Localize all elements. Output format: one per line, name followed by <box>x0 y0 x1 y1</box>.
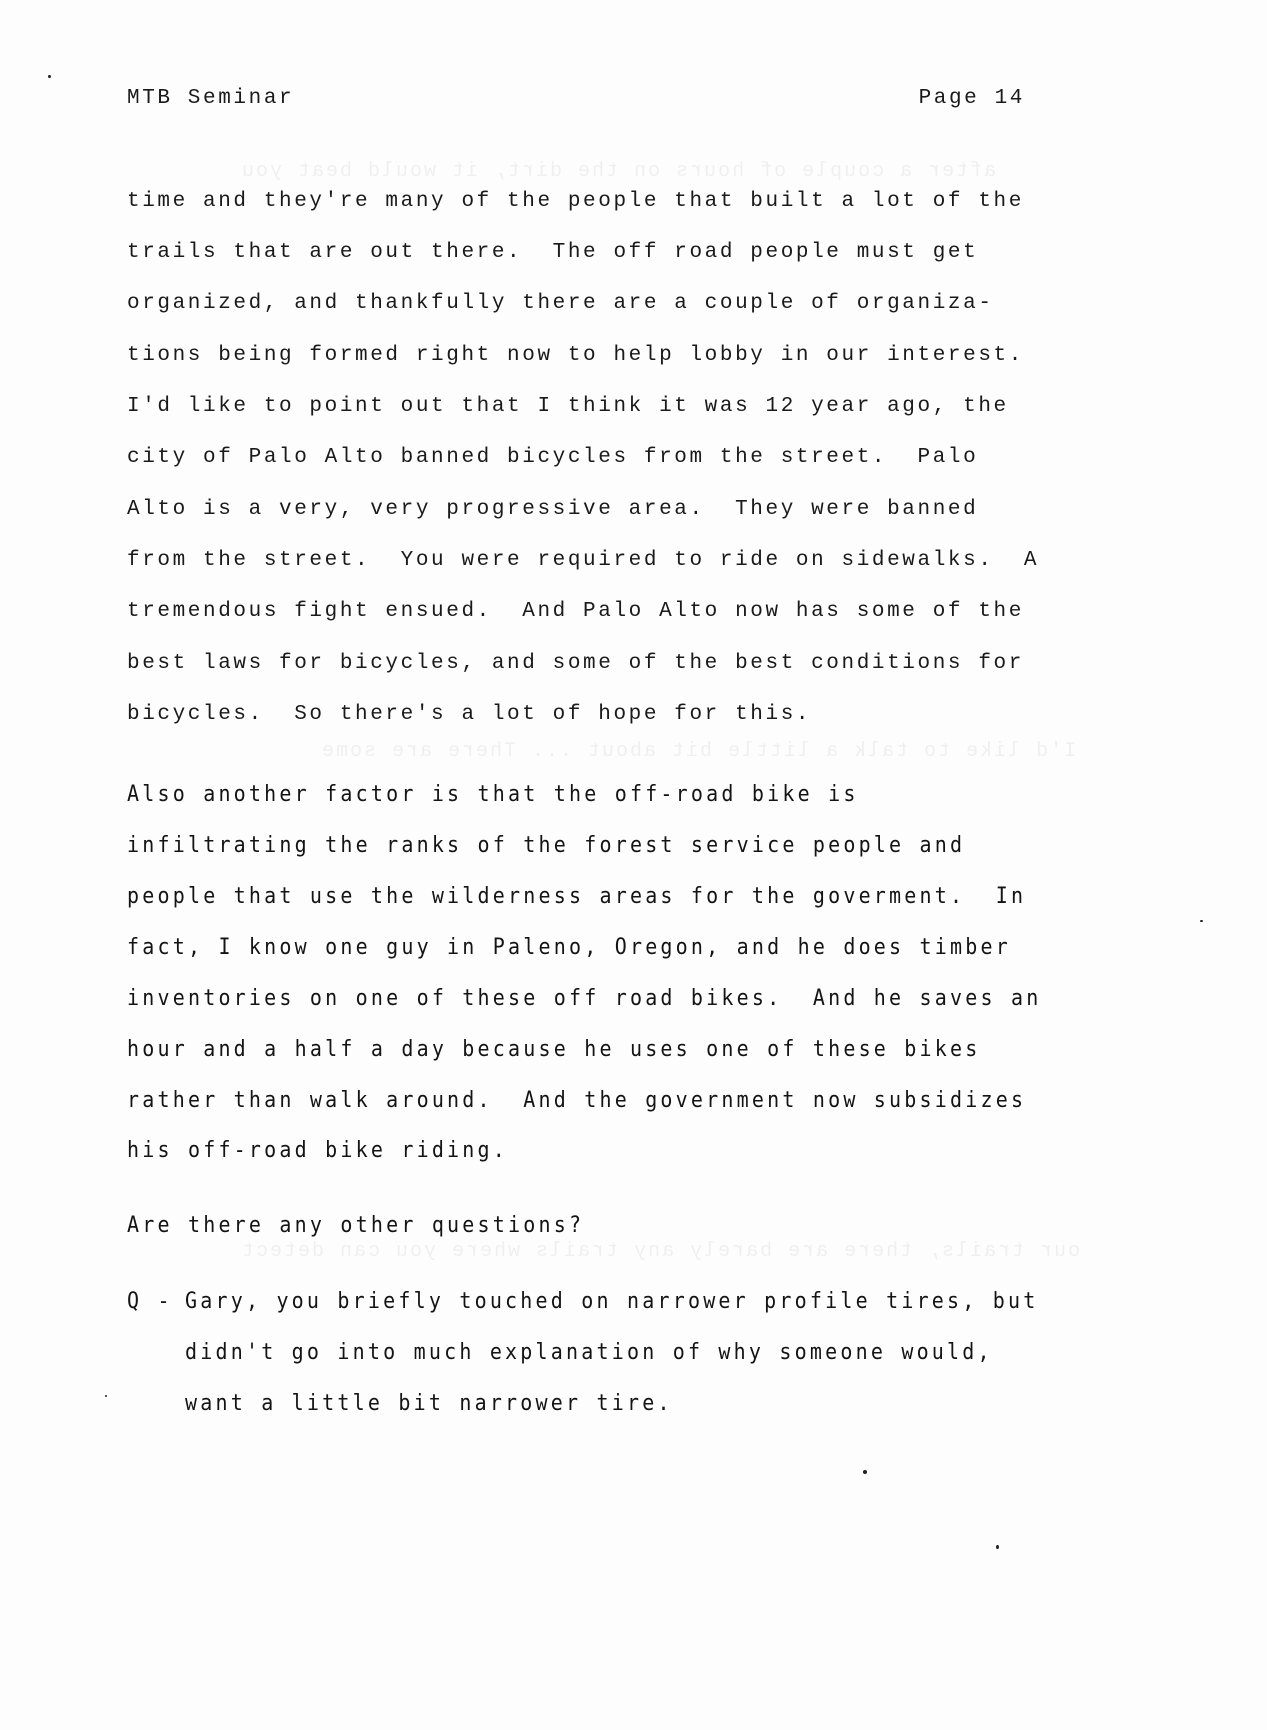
text-line: Alto is a very, very progressive area. T… <box>127 498 978 522</box>
text-line: hour and a half a day because he uses on… <box>127 1035 981 1062</box>
text-line: bicycles. So there's a lot of hope for t… <box>127 703 811 727</box>
question-prompt: Are there any other questions? <box>127 1211 584 1238</box>
header-title: MTB Seminar <box>127 87 294 111</box>
text-line: inventories on one of these off road bik… <box>127 984 1041 1011</box>
text-line: trails that are out there. The off road … <box>127 241 978 265</box>
scan-speck <box>1200 920 1203 922</box>
text-line: fact, I know one guy in Paleno, Oregon, … <box>127 933 1011 960</box>
text-line: best laws for bicycles, and some of the … <box>127 652 1024 676</box>
text-line: didn't go into much explanation of why s… <box>185 1338 993 1365</box>
text-line: his off-road bike riding. <box>127 1136 508 1163</box>
scan-speck <box>48 75 51 78</box>
text-line: tions being formed right now to help lob… <box>127 344 1024 368</box>
text-line: organized, and thankfully there are a co… <box>127 292 994 316</box>
text-line: infiltrating the ranks of the forest ser… <box>127 831 965 858</box>
text-line: want a little bit narrower tire. <box>185 1389 673 1416</box>
text-line: time and they're many of the people that… <box>127 190 1024 214</box>
bleed-through-text: after a couple of hours on the dirt, it … <box>240 160 996 183</box>
scan-speck <box>996 1545 999 1549</box>
bleed-through-text: I'd like to talk a little bit about ... … <box>320 740 1076 763</box>
bleed-through-text: our trails, there are barely any trails … <box>240 1240 1080 1263</box>
scan-speck <box>105 1395 107 1397</box>
document-page: after a couple of hours on the dirt, it … <box>0 0 1267 1730</box>
text-line: from the street. You were required to ri… <box>127 549 1039 573</box>
text-line: I'd like to point out that I think it wa… <box>127 395 1009 419</box>
page-number: Page 14 <box>919 87 1025 111</box>
text-line: rather than walk around. And the governm… <box>127 1086 1026 1113</box>
text-line: people that use the wilderness areas for… <box>127 882 1026 909</box>
question-prefix: Q - <box>127 1287 188 1314</box>
text-line: tremendous fight ensued. And Palo Alto n… <box>127 600 1024 624</box>
scan-speck <box>863 1470 867 1474</box>
text-line: Also another factor is that the off-road… <box>127 780 859 807</box>
text-line: city of Palo Alto banned bicycles from t… <box>127 446 978 470</box>
text-line: Gary, you briefly touched on narrower pr… <box>185 1287 1039 1314</box>
